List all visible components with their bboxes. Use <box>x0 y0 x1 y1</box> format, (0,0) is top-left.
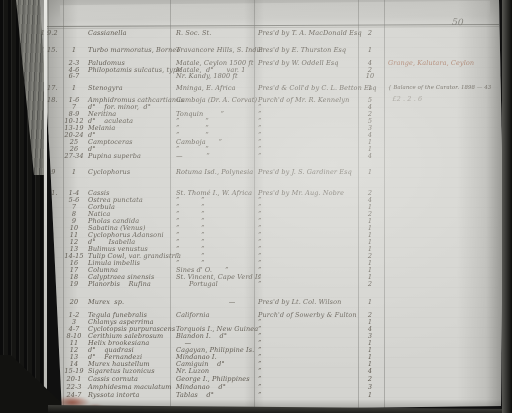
donor-entry: ” <box>258 384 261 391</box>
locality-entry: Travancore Hills, S. India <box>176 47 263 54</box>
taxon-entry: Cassis cornuta <box>88 376 138 383</box>
locality-entry: George I., Philippines <box>176 376 250 383</box>
register-row: 96.1.9.2CassianellaR. Soc. St.Pres'd by … <box>0 30 512 38</box>
item-range: 6-7 <box>62 73 86 80</box>
locality-entry: Nr. Luzon <box>176 368 209 375</box>
donor-entry: Pres'd by Mr. Aug. Nobre <box>258 190 344 197</box>
count-entry: 2 <box>357 376 383 383</box>
count-entry: 3 <box>357 384 383 391</box>
donor-entry: Pres'd by W. Oddell Esq <box>258 60 339 67</box>
count-entry: 2 <box>357 281 383 288</box>
count-entry: 4 <box>357 153 383 160</box>
donor-entry: ” <box>258 376 261 383</box>
taxon-entry: Turbo marmoratus, Borneo <box>88 47 180 54</box>
count-entry: 1 <box>357 47 383 54</box>
taxon-entry: Sigaretus luzonicus <box>88 368 155 375</box>
locality-entry: Portugal <box>176 281 218 288</box>
donor-entry: Pres'd by J. S. Gardiner Esq <box>258 169 352 176</box>
margin-note: Grange, Kalutara, Ceylon <box>388 60 474 67</box>
locality-entry: Mninga, E. Africa <box>176 85 236 92</box>
donor-entry: Purch'd of Sowerby & Fulton <box>258 312 357 319</box>
donor-entry: ” <box>258 368 261 375</box>
locality-entry: Camboja (Dr. A. Corvat) <box>176 97 257 104</box>
item-range: 1 <box>62 47 86 54</box>
register-page: 50 96.1.9.2CassianellaR. Soc. St.Pres'd … <box>0 0 512 413</box>
count-entry: 1 <box>357 85 383 92</box>
scan-glare <box>60 1 490 21</box>
register-row: 98.1.15.1Turbo marmoratus, BorneoTravanc… <box>0 47 512 55</box>
item-range: 27-34 <box>62 153 86 160</box>
donor-entry: ” <box>258 281 261 288</box>
locality-entry: Tablas d° <box>176 392 214 399</box>
locality-entry: Mindanao d° <box>176 384 226 391</box>
item-range: 19 <box>62 281 86 288</box>
donor-entry: ” <box>258 153 261 160</box>
page-left-edge-highlight <box>44 0 47 413</box>
item-range: 15-19 <box>62 368 86 375</box>
scanner-right-strip <box>502 0 512 413</box>
count-entry: 1 <box>357 299 383 306</box>
item-range: 1 <box>62 85 86 92</box>
taxon-entry: Pupina superba <box>88 153 141 160</box>
donor-entry: Pres'd by T. A. MacDonald Esq <box>258 30 362 37</box>
count-entry: 10 <box>357 73 383 80</box>
donor-entry: Pres'd by E. Thurston Esq <box>258 47 346 54</box>
register-row: 98.1.17.1StenogyraMninga, E. AfricaPres'… <box>0 85 512 93</box>
locality-entry: — ” <box>176 153 210 160</box>
locality-entry: California <box>176 312 210 319</box>
register-scan-screen: 50 96.1.9.2CassianellaR. Soc. St.Pres'd … <box>0 0 512 413</box>
count-entry: 4 <box>357 368 383 375</box>
item-range: 20 <box>62 299 86 306</box>
taxon-entry: Cyclophorus <box>88 169 130 176</box>
locality-entry: — <box>176 299 235 306</box>
item-range: 22-3 <box>62 384 86 391</box>
donor-entry: ” <box>258 392 261 399</box>
folio-number: 50 <box>452 18 464 29</box>
taxon-entry: Amphidesma maculatum <box>88 384 172 391</box>
register-row: 20Murex sp. —Pres'd by Lt. Col. Wilson1 <box>0 299 512 307</box>
register-row: 19Planorbis Rufina Portugal”2 <box>0 281 512 289</box>
donor-entry: Purch'd of Mr. R. Kennelyn <box>258 97 349 104</box>
taxon-entry: Ryssota intorta <box>88 392 139 399</box>
item-range: 1 <box>62 169 86 176</box>
locality-entry: R. Soc. St. <box>176 30 211 37</box>
register-row: 6-7Nr. Kandy, 1800 ft10 <box>0 73 512 81</box>
taxon-entry: Stenogyra <box>88 85 123 92</box>
locality-entry: Rotuma Isd., Polynesia <box>176 169 253 176</box>
count-entry: 1 <box>357 169 383 176</box>
register-row: 98.1.191CyclophorusRotuma Isd., Polynesi… <box>0 169 512 177</box>
count-entry: 1 <box>357 392 383 399</box>
item-range: 20-1 <box>62 376 86 383</box>
donor-entry: Pres'd by Lt. Col. Wilson <box>258 299 341 306</box>
taxon-entry: Murex sp. <box>88 299 124 306</box>
register-row: 27-34Pupina superba— ””4 <box>0 153 512 161</box>
locality-entry: Nr. Kandy, 1800 ft <box>176 73 238 80</box>
count-entry: 2 <box>357 30 383 37</box>
taxon-entry: Planorbis Rufina <box>88 281 151 288</box>
taxon-entry: Cassianella <box>88 30 127 37</box>
margin-note: { Balance of the Curator. 1898 — 43 <box>388 85 491 92</box>
